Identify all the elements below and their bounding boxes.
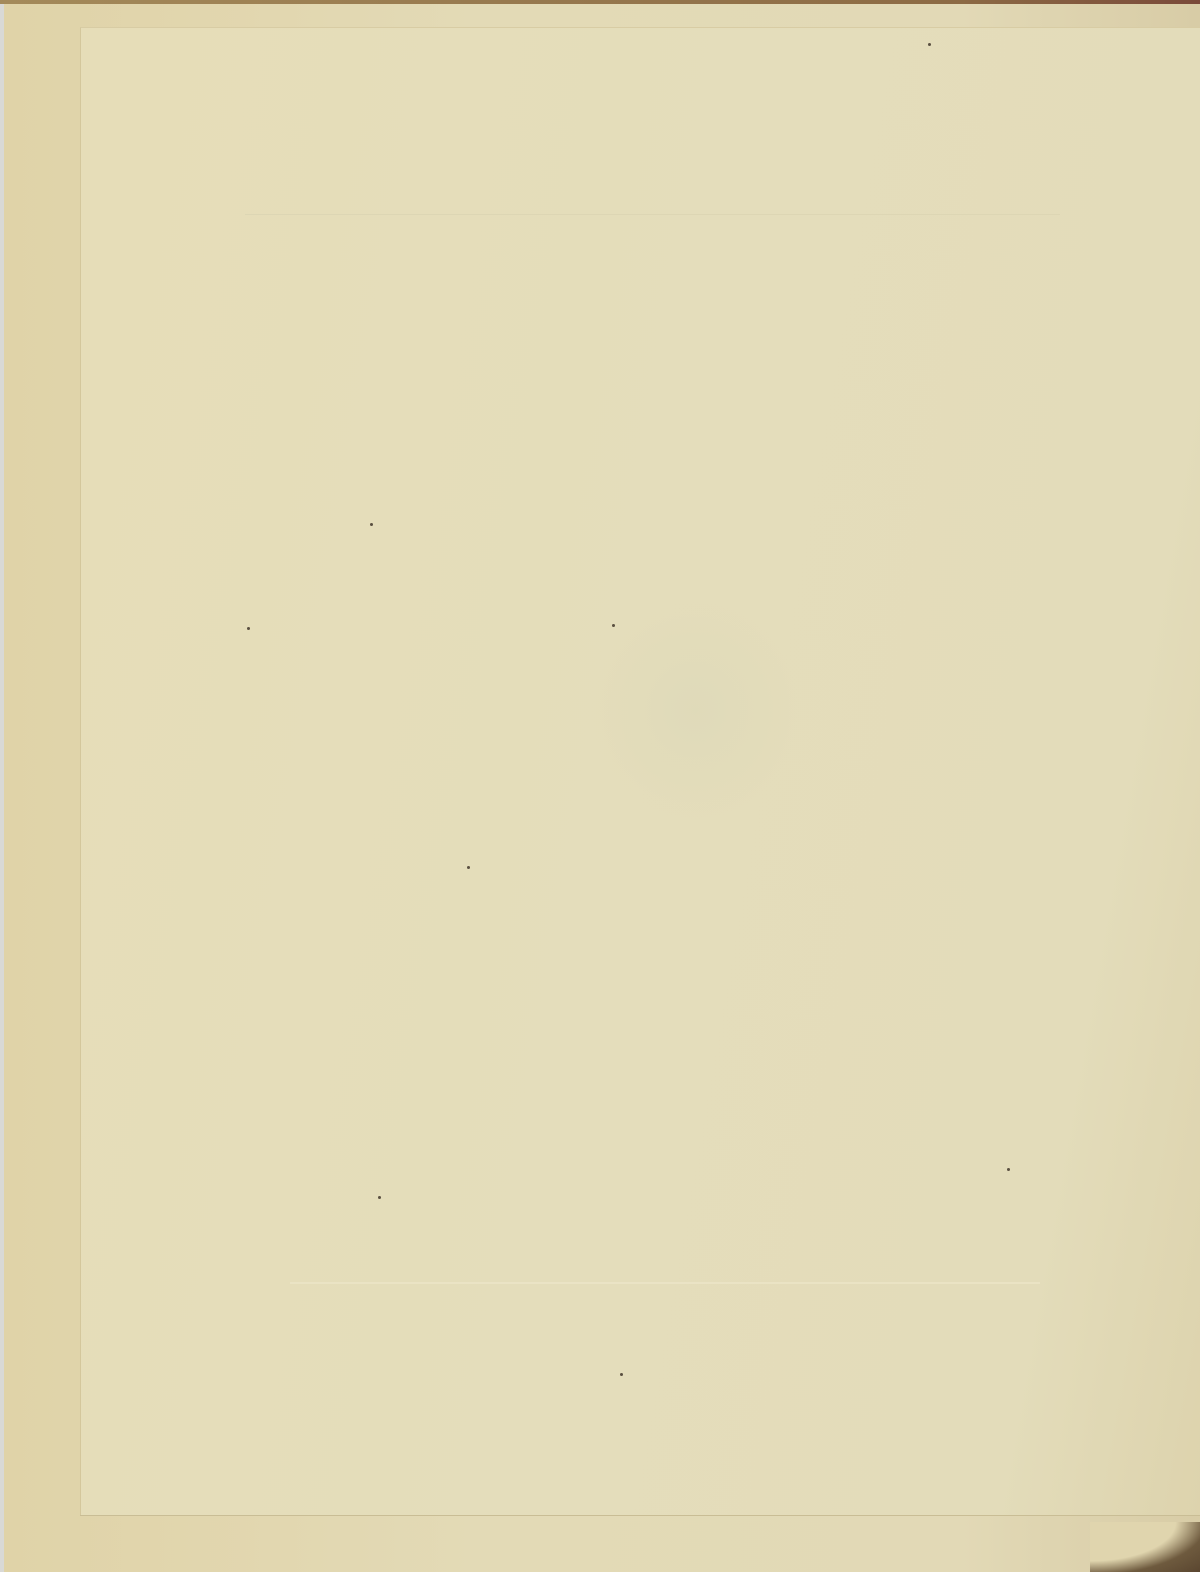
plate-mark-bottom	[290, 1282, 1040, 1284]
paper-speck	[378, 1196, 381, 1199]
paper-speck	[620, 1373, 623, 1376]
plate-mark-top	[245, 214, 1060, 215]
page-top-edge	[0, 0, 1200, 4]
paper-speck	[928, 43, 931, 46]
page-corner-curl	[1090, 1522, 1200, 1572]
paper-speck	[1007, 1168, 1010, 1171]
paper-speck	[247, 627, 250, 630]
ghost-impression	[590, 600, 800, 820]
paper-speck	[467, 866, 470, 869]
paper-speck	[612, 624, 615, 627]
paper-speck	[370, 523, 373, 526]
